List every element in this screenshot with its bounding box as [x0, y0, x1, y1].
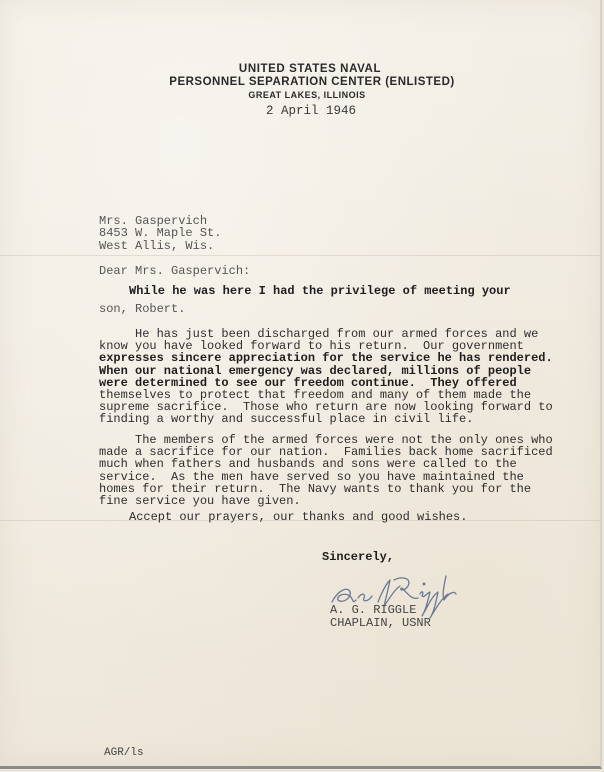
recipient-city: West Allis, Wis.	[99, 240, 221, 252]
paragraph-line: fine service you have given.	[99, 495, 553, 507]
letterhead-line-3: GREAT LAKES, ILLINOIS	[0, 91, 600, 100]
paper-fold-line	[0, 255, 600, 256]
paragraph-4: Accept our prayers, our thanks and good …	[129, 511, 467, 523]
salutation: Dear Mrs. Gaspervich:	[99, 265, 250, 277]
paragraph-line: finding a worthy and successful place in…	[99, 413, 553, 425]
recipient-street: 8453 W. Maple St.	[99, 227, 221, 239]
paragraph-line: When our national emergency was declared…	[99, 365, 553, 377]
paragraph-1-line-1: While he was here I had the privilege of…	[129, 285, 511, 297]
reference-initials: AGR/ls	[104, 747, 144, 759]
letter-page: UNITED STATES NAVAL PERSONNEL SEPARATION…	[0, 0, 602, 769]
signer-block: A. G. RIGGLECHAPLAIN, USNR	[330, 604, 431, 629]
recipient-address: Mrs. Gaspervich8453 W. Maple St.West All…	[99, 215, 221, 252]
letterhead-line-2: PERSONNEL SEPARATION CENTER (ENLISTED)	[0, 77, 600, 89]
letter-date: 2 April 1946	[0, 104, 600, 118]
paragraph-3: The members of the armed forces were not…	[99, 434, 553, 507]
letterhead-line-1: UNITED STATES NAVAL	[0, 64, 600, 76]
paragraph-1-line-2: son, Robert.	[99, 303, 185, 315]
paragraph-line: much when fathers and husbands and sons …	[99, 458, 553, 470]
paragraph-2: He has just been discharged from our arm…	[99, 328, 553, 426]
signer-title: CHAPLAIN, USNR	[330, 617, 431, 630]
signer-name: A. G. RIGGLE	[330, 604, 431, 617]
closing: Sincerely,	[322, 551, 394, 563]
paragraph-line: service. As the men have served so you h…	[99, 471, 553, 483]
paragraph-line: expresses sincere appreciation for the s…	[99, 352, 553, 364]
